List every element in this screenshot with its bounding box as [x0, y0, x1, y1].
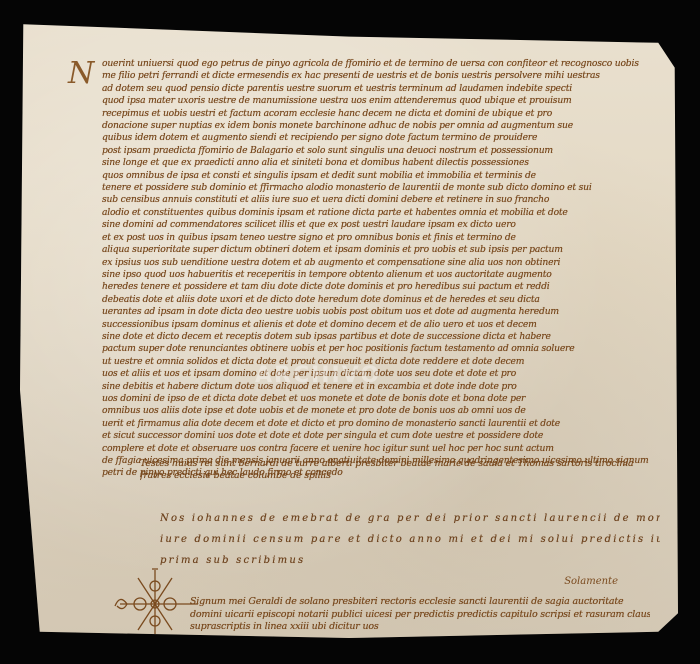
- manuscript-line: aliqua superioritate super dictum obtine…: [102, 244, 682, 256]
- main-text-block: ouerint uniuersi quod ego petrus de piny…: [102, 58, 682, 480]
- manuscript-line: ouerint uniuersi quod ego petrus de piny…: [102, 58, 682, 70]
- watermark: ARCHIVO: [255, 363, 381, 388]
- manuscript-line: alodio et constituentes quibus dominis i…: [102, 207, 682, 219]
- manuscript-line: successionibus ipsam dominus et alienis …: [102, 319, 682, 331]
- manuscript-line: sub censibus annuis constituti et aliis …: [102, 194, 682, 206]
- manuscript-line: recepimus et uobis uestri et factum acor…: [102, 108, 682, 120]
- parchment-sheet: N ouerint uniuersi quod ego petrus de pi…: [20, 18, 678, 638]
- manuscript-line: sine domini ad commendatores scilicet il…: [102, 219, 682, 231]
- manuscript-line: quod ipsa mater uxoris uestre de manumis…: [102, 95, 682, 107]
- manuscript-line: tenere et possidere sub dominio et ffirm…: [102, 182, 682, 194]
- manuscript-line: sine ipso quod uos habueritis et receper…: [102, 269, 682, 281]
- manuscript-line: fratres ecclesie beatae columbe de spill…: [140, 470, 660, 482]
- manuscript-line: quibus idem dotem et augmento siendi et …: [102, 132, 682, 144]
- manuscript-line: complere et dote et obseruare uos contra…: [102, 443, 682, 455]
- manuscript-line: iure dominii censum pare et dicto anno m…: [160, 529, 660, 550]
- manuscript-line: suprascriptis in linea xxiii ubi dicitur…: [190, 621, 650, 634]
- manuscript-line: sine debitis et habere dictum dote uos a…: [102, 381, 682, 393]
- manuscript-line: debeatis dote et aliis dote uxori et de …: [102, 294, 682, 306]
- manuscript-line: ut uestre et omnia solidos et dicta dote…: [102, 356, 682, 368]
- manuscript-line: ex ipsius uos sub uenditione uestra dote…: [102, 257, 682, 269]
- flourish-signature: Solamente: [564, 576, 618, 587]
- manuscript-line: Testes huius rei sunt bernardi de turre …: [140, 458, 660, 470]
- manuscript-line: uos et aliis et uos et ipsam domino et d…: [102, 368, 682, 380]
- manuscript-line: uerantes ad ipsam in dote dicta deo uest…: [102, 306, 682, 318]
- manuscript-line: me filio petri ferrandi et dicte ermesen…: [102, 70, 682, 82]
- notary-sign-icon: [110, 566, 200, 646]
- manuscript-line: domini uicarii episcopi notarii publici …: [190, 609, 650, 622]
- manuscript-line: sine dote et dicto decem et receptis dot…: [102, 331, 682, 343]
- manuscript-line: et ex post uos in quibus ipsam teneo ues…: [102, 232, 682, 244]
- manuscript-line: uos domini de ipso de et dicta dote debe…: [102, 393, 682, 405]
- manuscript-line: pactum super dote renunciantes obtinere …: [102, 343, 682, 355]
- manuscript-line: post ipsam praedicta ffomirio de Balagar…: [102, 145, 682, 157]
- manuscript-line: prima sub scribimus: [160, 550, 660, 571]
- manuscript-line: donacione super nuptias ex idem bonis mo…: [102, 120, 682, 132]
- manuscript-line: quos omnibus de ipsa et consti et singul…: [102, 170, 682, 182]
- manuscript-line: sine longe et que ex praedicti anno alia…: [102, 157, 682, 169]
- manuscript-line: Nos iohannes de emebrat de gra per dei p…: [160, 508, 660, 529]
- notary-subscription-block: Signum mei Geraldi de solano presbiteri …: [190, 596, 650, 634]
- witness-block: Testes huius rei sunt bernardi de turre …: [140, 458, 660, 483]
- manuscript-line: ad dotem seu quod pensio dicte parentis …: [102, 83, 682, 95]
- manuscript-line: omnibus uos aliis dote ipse et dote uobi…: [102, 405, 682, 417]
- manuscript-line: Signum mei Geraldi de solano presbiteri …: [190, 596, 650, 609]
- manuscript-line: et sicut successor domini uos dote et do…: [102, 430, 682, 442]
- illuminated-initial: N: [68, 56, 94, 91]
- manuscript-line: heredes tenere et possidere et tam diu d…: [102, 281, 682, 293]
- manuscript-line: uerit et firmamus alia dote decem et dot…: [102, 418, 682, 430]
- subscription-block: Nos iohannes de emebrat de gra per dei p…: [160, 508, 660, 571]
